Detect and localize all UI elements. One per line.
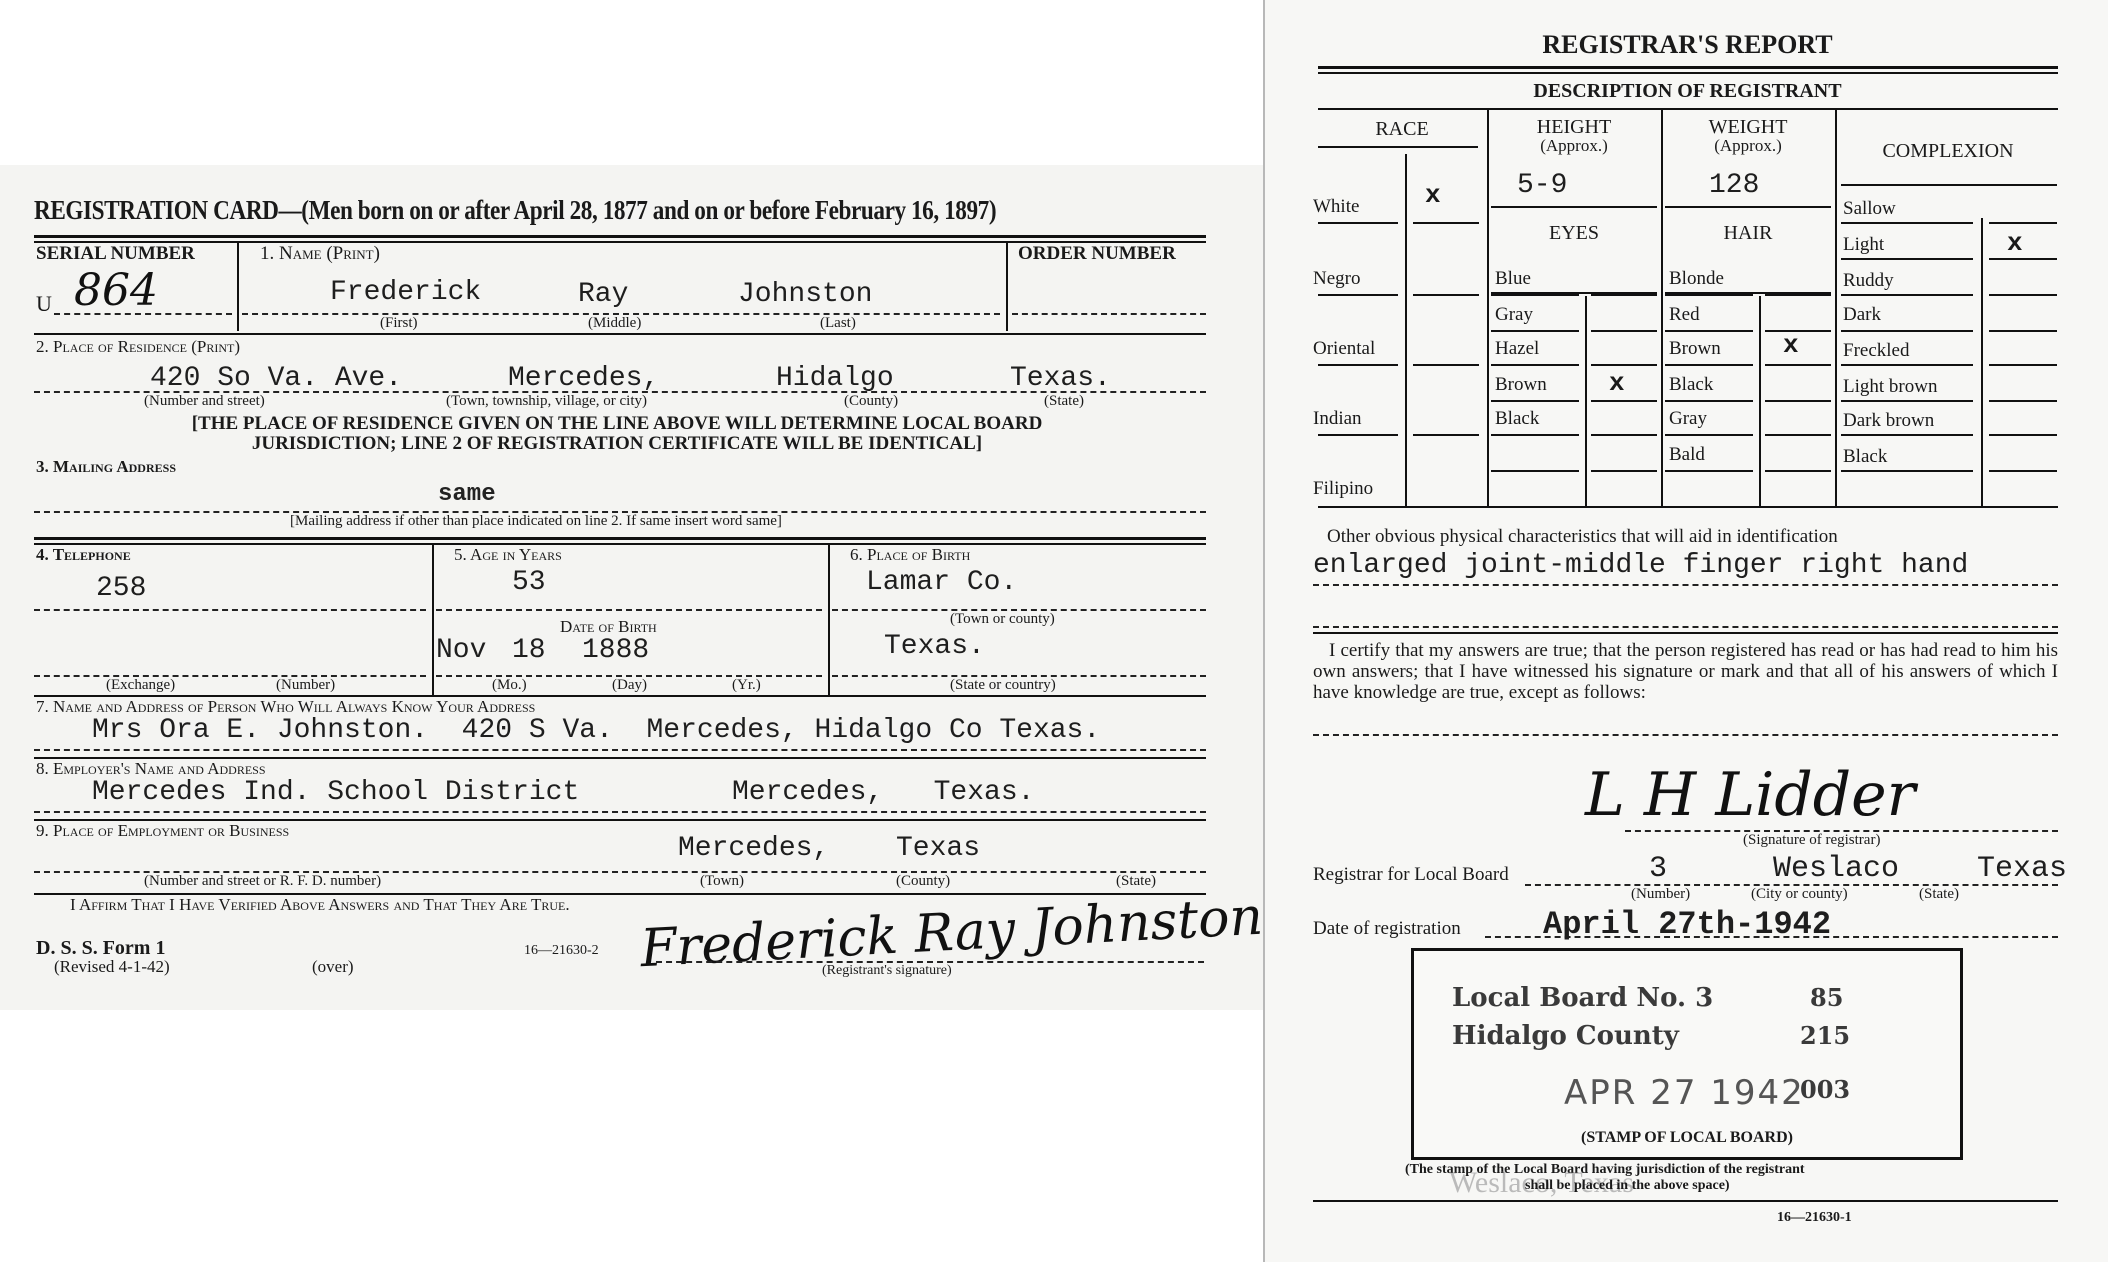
stamp-line1-number: 85	[1810, 983, 1843, 1012]
hair-option-blonde[interactable]: Blonde	[1669, 268, 1724, 290]
race-option-white[interactable]: White	[1313, 196, 1359, 218]
form-revised: (Revised 4-1-42)	[54, 957, 170, 977]
card-title: REGISTRATION CARD—(Men born on or after …	[34, 195, 996, 226]
complexion-light-mark[interactable]: x	[2007, 228, 2023, 258]
dob-day: 18	[512, 635, 546, 666]
employment-town: Mercedes,	[678, 833, 829, 864]
complexion-option-dark-brown[interactable]: Dark brown	[1843, 410, 1934, 432]
place-of-birth-label: 6. Place of Birth	[850, 545, 970, 565]
residence-notice-line2: JURISDICTION; LINE 2 OF REGISTRATION CER…	[112, 433, 1122, 455]
telephone-number-caption: (Number)	[276, 677, 335, 694]
name-label: 1. Name (Print)	[260, 243, 380, 265]
registration-date-label: Date of registration	[1313, 918, 1461, 940]
residence-county: Hidalgo	[776, 363, 894, 394]
complexion-option-ruddy[interactable]: Ruddy	[1843, 270, 1894, 292]
complexion-header: COMPLEXION	[1837, 140, 2059, 163]
complexion-option-sallow[interactable]: Sallow	[1843, 198, 1896, 220]
local-board-label: Registrar for Local Board	[1313, 864, 1509, 886]
birth-state-caption: (State or country)	[950, 677, 1056, 694]
employer-address: Mercedes, Texas.	[732, 777, 1034, 808]
complexion-option-freckled[interactable]: Freckled	[1843, 340, 1909, 362]
residence-county-caption: (County)	[844, 393, 898, 410]
eyes-option-brown[interactable]: Brown	[1495, 374, 1547, 396]
board-city-caption: (City or county)	[1751, 886, 1848, 903]
serial-number-value: 864	[74, 265, 158, 316]
name-last-caption: (Last)	[820, 315, 856, 332]
residence-state-caption: (State)	[1044, 393, 1084, 410]
board-state-caption: (State)	[1919, 886, 1959, 903]
stamp-caption: (STAMP OF LOCAL BOARD)	[1414, 1129, 1960, 1147]
stamp-date: APR 27 1942	[1564, 1073, 1805, 1113]
complexion-option-light-brown[interactable]: Light brown	[1843, 376, 1937, 398]
birth-town-caption: (Town or county)	[950, 611, 1055, 628]
print-code-front: 16—21630-2	[524, 943, 599, 959]
employment-state: Texas	[896, 833, 980, 864]
employment-state-caption: (State)	[1116, 873, 1156, 890]
mailing-address-label: 3. Mailing Address	[36, 457, 176, 477]
registrars-report: REGISTRAR'S REPORT DESCRIPTION OF REGIST…	[1263, 0, 2108, 1262]
telephone-exchange-caption: (Exchange)	[106, 677, 175, 694]
eyes-brown-mark[interactable]: x	[1609, 368, 1625, 398]
serial-prefix: U	[36, 291, 52, 317]
other-characteristics-value: enlarged joint-middle finger right hand	[1313, 550, 1968, 581]
eyes-option-blue[interactable]: Blue	[1495, 268, 1531, 290]
registrar-certification: I certify that my answers are true; that…	[1313, 640, 2058, 703]
registration-card-front: REGISTRATION CARD—(Men born on or after …	[0, 165, 1263, 1010]
eyes-option-black[interactable]: Black	[1495, 408, 1539, 430]
age-label: 5. Age in Years	[454, 545, 562, 565]
hair-header: HAIR	[1663, 222, 1833, 245]
employment-place-label: 9. Place of Employment or Business	[36, 821, 289, 841]
employment-county-caption: (County)	[896, 873, 950, 890]
dob-year-caption: (Yr.)	[732, 677, 761, 694]
residence-town: Mercedes,	[508, 363, 659, 394]
contact-person-value: Mrs Ora E. Johnston. 420 S Va. Mercedes,…	[92, 715, 1100, 746]
contact-person-label: 7. Name and Address of Person Who Will A…	[36, 697, 535, 717]
affirmation-text: I Affirm That I Have Verified Above Answ…	[70, 895, 570, 915]
complexion-option-light[interactable]: Light	[1843, 234, 1884, 256]
weight-value: 128	[1709, 170, 1759, 201]
race-white-mark[interactable]: x	[1425, 180, 1441, 210]
residence-label: 2. Place of Residence (Print)	[36, 337, 240, 357]
local-board-city: Weslaco	[1773, 852, 1899, 886]
stamp-code: 003	[1800, 1075, 1850, 1104]
local-board-number: 3	[1649, 852, 1667, 886]
print-code-back: 16—21630-1	[1777, 1210, 1852, 1226]
complexion-option-black[interactable]: Black	[1843, 446, 1887, 468]
other-characteristics-label: Other obvious physical characteristics t…	[1327, 526, 1838, 548]
hair-option-black[interactable]: Black	[1669, 374, 1713, 396]
complexion-option-dark[interactable]: Dark	[1843, 304, 1881, 326]
eyes-option-hazel[interactable]: Hazel	[1495, 338, 1539, 360]
residence-notice-line1: [THE PLACE OF RESIDENCE GIVEN ON THE LIN…	[112, 413, 1122, 435]
name-first-caption: (First)	[380, 315, 418, 332]
stamp-line1: Local Board No. 3	[1452, 983, 1713, 1013]
board-number-caption: (Number)	[1631, 886, 1690, 903]
name-middle-caption: (Middle)	[588, 315, 641, 332]
eyes-option-gray[interactable]: Gray	[1495, 304, 1533, 326]
age-value: 53	[512, 567, 546, 598]
mailing-address-caption: [Mailing address if other than place ind…	[290, 513, 782, 530]
hair-option-gray[interactable]: Gray	[1669, 408, 1707, 430]
registrant-signature-caption: (Registrant's signature)	[822, 963, 952, 979]
residence-street: 420 So Va. Ave.	[150, 363, 402, 394]
mailing-address-value: same	[438, 481, 496, 508]
name-last: Johnston	[738, 279, 872, 310]
employment-street-caption: (Number and street or R. F. D. number)	[144, 873, 381, 890]
residence-street-caption: (Number and street)	[144, 393, 265, 410]
report-title: REGISTRAR'S REPORT	[1265, 30, 2108, 60]
residence-town-caption: (Town, township, village, or city)	[446, 393, 647, 410]
employment-town-caption: (Town)	[700, 873, 744, 890]
dob-month: Nov	[436, 635, 486, 666]
dob-month-caption: (Mo.)	[492, 677, 527, 694]
eyes-header: EYES	[1489, 222, 1659, 245]
hair-brown-mark[interactable]: x	[1783, 330, 1799, 360]
race-option-indian[interactable]: Indian	[1313, 408, 1362, 430]
height-subheader: (Approx.)	[1489, 136, 1659, 156]
registrar-signature: L H Lidder	[1585, 760, 1915, 830]
registrar-signature-caption: (Signature of registrar)	[1743, 832, 1880, 849]
local-board-stamp-box: Local Board No. 3 85 Hidalgo County 215 …	[1411, 948, 1963, 1160]
stamp-note-line2: shall be placed in the above space)	[1525, 1178, 1730, 1194]
hair-option-brown[interactable]: Brown	[1669, 338, 1721, 360]
hair-option-bald[interactable]: Bald	[1669, 444, 1705, 466]
dob-day-caption: (Day)	[612, 677, 647, 694]
birth-town: Lamar Co.	[866, 567, 1017, 598]
weight-subheader: (Approx.)	[1663, 136, 1833, 156]
hair-option-red[interactable]: Red	[1669, 304, 1700, 326]
registration-date-value: April 27th-1942	[1543, 906, 1831, 943]
birth-state: Texas.	[884, 631, 985, 662]
race-option-oriental[interactable]: Oriental	[1313, 338, 1375, 360]
name-first: Frederick	[330, 277, 481, 308]
race-option-negro[interactable]: Negro	[1313, 268, 1360, 290]
employer-name: Mercedes Ind. School District	[92, 777, 579, 808]
telephone-label: 4. Telephone	[36, 545, 131, 565]
stamp-line2: Hidalgo County	[1452, 1021, 1679, 1051]
dob-year: 1888	[582, 635, 649, 666]
local-board-state: Texas	[1977, 852, 2067, 886]
employer-label: 8. Employer's Name and Address	[36, 759, 266, 779]
height-value: 5-9	[1517, 170, 1567, 201]
name-middle: Ray	[578, 279, 628, 310]
description-subtitle: DESCRIPTION OF REGISTRANT	[1265, 80, 2108, 103]
race-option-filipino[interactable]: Filipino	[1313, 478, 1373, 500]
stamp-line2-number: 215	[1800, 1021, 1850, 1050]
over-note: (over)	[312, 957, 354, 977]
date-of-birth-label: Date of Birth	[560, 617, 657, 637]
residence-state: Texas.	[1010, 363, 1111, 394]
race-header: RACE	[1318, 118, 1486, 141]
serial-number-label: SERIAL NUMBER	[36, 243, 195, 265]
order-number-label: ORDER NUMBER	[1018, 243, 1176, 265]
telephone-value: 258	[96, 573, 146, 604]
